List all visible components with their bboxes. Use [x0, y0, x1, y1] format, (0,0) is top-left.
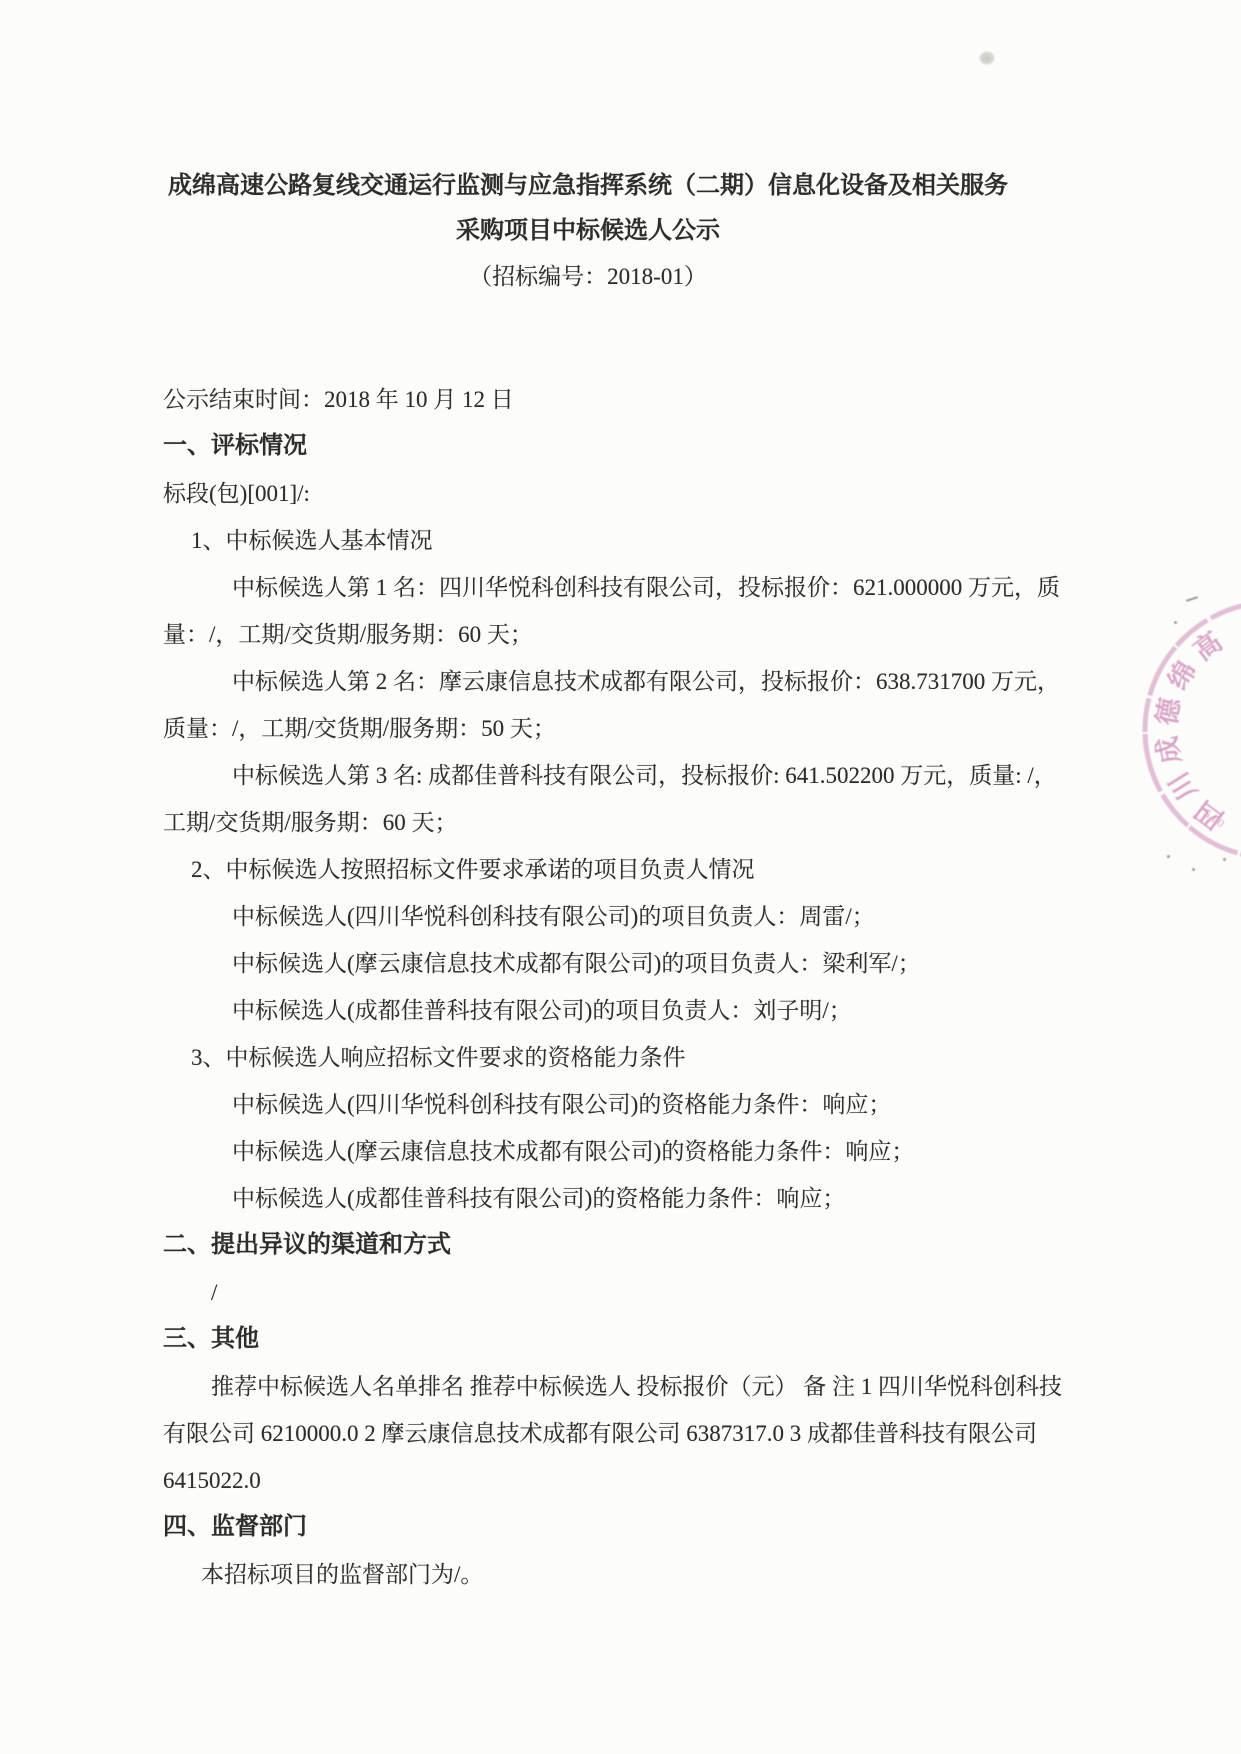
section-heading: 四、监督部门 — [163, 1504, 1013, 1551]
text-line: 中标候选人(四川华悦科创科技有限公司)的项目负责人：周雷/； — [163, 893, 1013, 940]
seal-arc-char: 德 — [1152, 695, 1186, 728]
text-line: 3、中标候选人响应招标文件要求的资格能力条件 — [163, 1034, 1013, 1081]
text-line: 1、中标候选人基本情况 — [163, 517, 1013, 564]
seal-arc-char: 川 — [1163, 767, 1203, 806]
text-line: 推荐中标候选人名单排名 推荐中标候选人 投标报价（元） 备 注 1 四川华悦科创… — [163, 1363, 1013, 1410]
text-line: 质量：/，工期/交货期/服务期：50 天； — [163, 705, 1013, 752]
text-line: 本招标项目的监督部门为/。 — [163, 1551, 1013, 1598]
text-line: 中标候选人(成都佳普科技有限公司)的项目负责人：刘子明/； — [163, 987, 1013, 1034]
text-line: 中标候选人第 1 名：四川华悦科创科技有限公司，投标报价：621.000000 … — [163, 564, 1013, 611]
text-line: 工期/交货期/服务期：60 天； — [163, 799, 1013, 846]
document-title: 成绵高速公路复线交通运行监测与应急指挥系统（二期）信息化设备及相关服务 采购项目… — [163, 164, 1013, 299]
text-line: 中标候选人(四川华悦科创科技有限公司)的资格能力条件：响应； — [163, 1081, 1013, 1128]
section-heading: 二、提出异议的渠道和方式 — [163, 1222, 1013, 1269]
text-line: 6415022.0 — [163, 1457, 1013, 1504]
title-line-1: 成绵高速公路复线交通运行监测与应急指挥系统（二期）信息化设备及相关服务 — [163, 164, 1013, 209]
section-heading: 三、其他 — [163, 1316, 1013, 1363]
scanned-document-page: 成绵高速公路复线交通运行监测与应急指挥系统（二期）信息化设备及相关服务 采购项目… — [0, 0, 1241, 1754]
text-line: / — [163, 1269, 1013, 1316]
text-line: 中标候选人(摩云康信息技术成都有限公司)的项目负责人：梁利军/； — [163, 940, 1013, 987]
text-line: 标段(包)[001]/: — [163, 470, 1013, 517]
text-line: 中标候选人第 3 名: 成都佳普科技有限公司，投标报价: 641.502200 … — [163, 752, 1013, 799]
document-body: 公示结束时间：2018 年 10 月 12 日一、评标情况标段(包)[001]/… — [163, 376, 1013, 1598]
section-heading: 一、评标情况 — [163, 423, 1013, 470]
text-line: 中标候选人(成都佳普科技有限公司)的资格能力条件：响应； — [163, 1175, 1013, 1222]
scan-smudge — [979, 51, 995, 65]
text-line: 中标候选人(摩云康信息技术成都有限公司)的资格能力条件：响应； — [163, 1128, 1013, 1175]
text-line: 有限公司 6210000.0 2 摩云康信息技术成都有限公司 6387317.0… — [163, 1410, 1013, 1457]
text-line: 公示结束时间：2018 年 10 月 12 日 — [163, 376, 1013, 423]
title-line-2: 采购项目中标候选人公示 — [163, 209, 1013, 254]
official-seal-stamp: 四 川 成 德 绵 高 510 — [1115, 575, 1241, 905]
text-line: 中标候选人第 2 名：摩云康信息技术成都有限公司，投标报价：638.731700… — [163, 658, 1013, 705]
text-line: 2、中标候选人按照招标文件要求承诺的项目负责人情况 — [163, 846, 1013, 893]
seal-arc-char: 成 — [1152, 734, 1187, 766]
text-line: 量：/，工期/交货期/服务期：60 天； — [163, 611, 1013, 658]
tender-number-line: （招标编号：2018-01） — [163, 254, 1013, 299]
